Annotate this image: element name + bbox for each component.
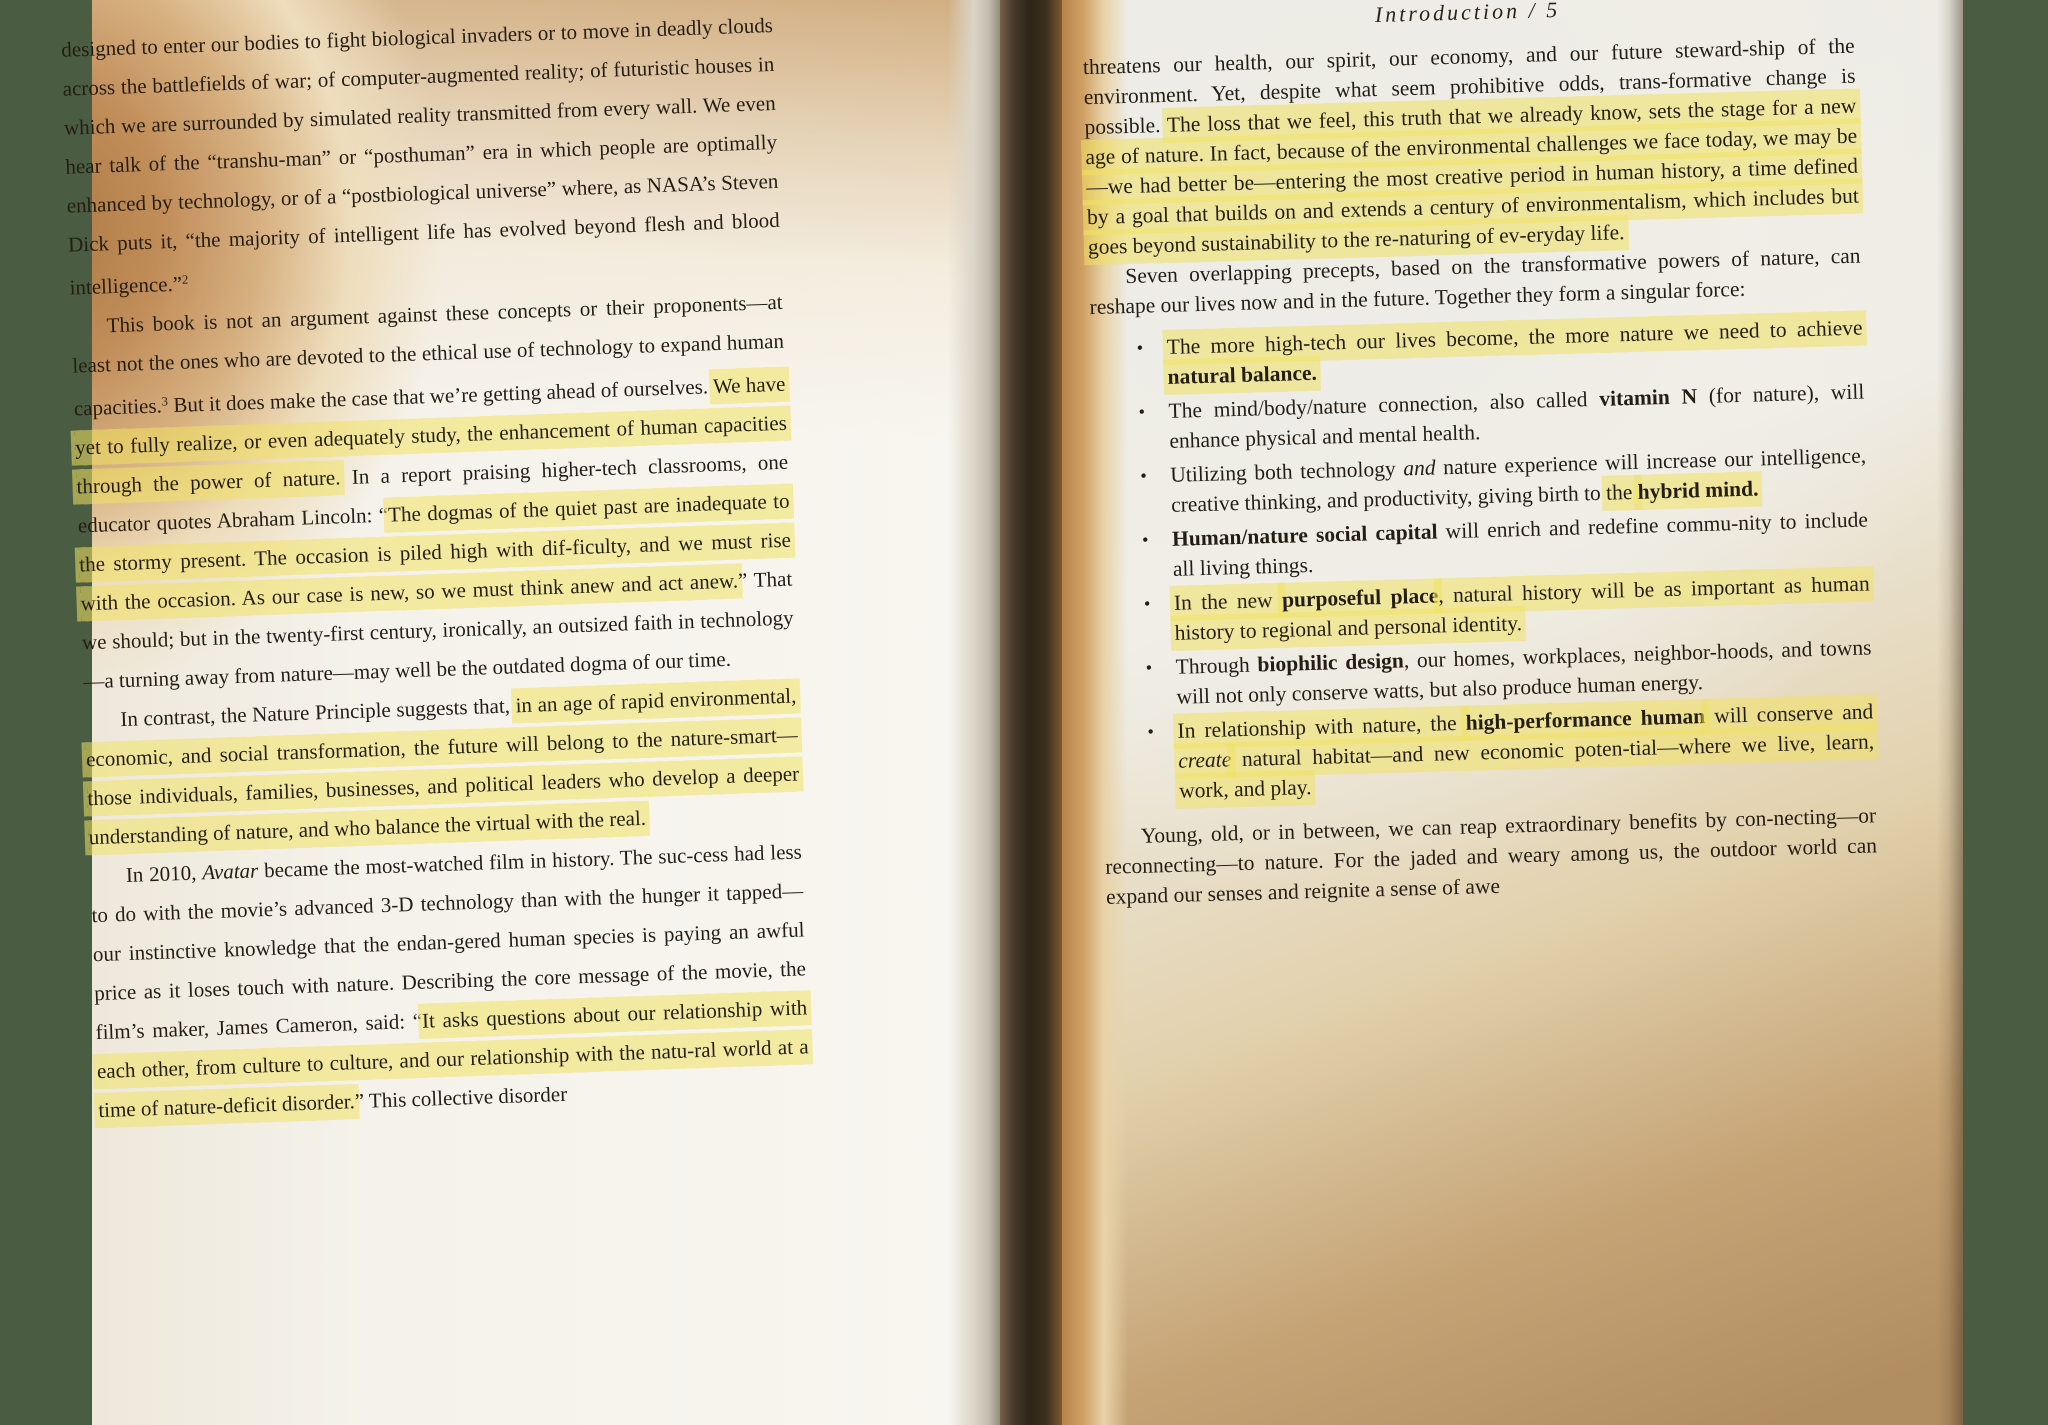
text-run: designed to enter our bodies to fight bi… xyxy=(61,13,780,300)
precept-text: Utilizing both technology and nature exp… xyxy=(1170,443,1866,516)
text-run: In contrast, the Nature Principle sugges… xyxy=(120,693,516,731)
text-run: Young, old, or in between, we can reap e… xyxy=(1105,803,1877,909)
precepts-list: • The more high-tech our lives become, t… xyxy=(1132,313,1875,807)
bullet-dot-icon: • xyxy=(1136,333,1143,363)
bullet-dot-icon: • xyxy=(1145,652,1152,682)
bullet-dot-icon: • xyxy=(1142,525,1149,555)
right-page-text-block: Introduction / 5 threatens our health, o… xyxy=(1081,0,1878,912)
body-paragraph: threatens our health, our spirit, our ec… xyxy=(1082,31,1860,262)
body-paragraph: In 2010, Avatar became the most-watched … xyxy=(89,832,810,1130)
bullet-dot-icon: • xyxy=(1140,461,1147,491)
highlighted-text: natural balance. xyxy=(1167,356,1317,395)
left-page: 4 / The Nature Prin designed to enter ou… xyxy=(92,0,1000,1425)
text-run: vitamin N xyxy=(1599,384,1697,411)
left-page-text-block: 4 / The Nature Prin designed to enter ou… xyxy=(60,0,811,1130)
highlighted-text: The dogmas of the quiet past are inadequ… xyxy=(79,483,792,621)
text-run: and xyxy=(1403,455,1436,480)
open-book-photo: 4 / The Nature Prin designed to enter ou… xyxy=(0,0,2048,1425)
body-paragraph: designed to enter our bodies to fight bi… xyxy=(61,6,782,308)
text-run: Human/nature social capital xyxy=(1172,519,1438,550)
precept-item: • In relationship with nature, the high-… xyxy=(1143,696,1875,806)
bullet-dot-icon: • xyxy=(1138,397,1145,427)
text-run: Avatar xyxy=(202,858,259,884)
body-paragraph: Young, old, or in between, we can reap e… xyxy=(1104,800,1878,912)
text-run: In 2010, xyxy=(125,860,202,887)
precept-text: In relationship with nature, the high-pe… xyxy=(1177,694,1875,808)
text-run: biophilic design xyxy=(1257,648,1404,676)
text-run: 2 xyxy=(182,272,189,286)
highlighted-text: The loss that we feel, this truth that w… xyxy=(1085,89,1859,265)
text-run: Through xyxy=(1175,653,1257,679)
right-running-head: Introduction / 5 xyxy=(1081,0,1853,36)
body-paragraph: This book is not an argument against the… xyxy=(70,283,795,702)
text-run: Utilizing both technology xyxy=(1170,456,1404,486)
bullet-dot-icon: • xyxy=(1143,589,1150,619)
right-page: Introduction / 5 threatens our health, o… xyxy=(1062,0,1963,1425)
text-run: ” This collective disorder xyxy=(354,1082,567,1113)
highlighted-text: the xyxy=(1606,475,1639,511)
highlighted-text: hybrid mind. xyxy=(1637,471,1759,509)
bullet-dot-icon: • xyxy=(1147,716,1154,746)
body-paragraph: In contrast, the Nature Principle sugges… xyxy=(84,676,801,857)
book-gutter-shadow xyxy=(1000,0,1062,1425)
